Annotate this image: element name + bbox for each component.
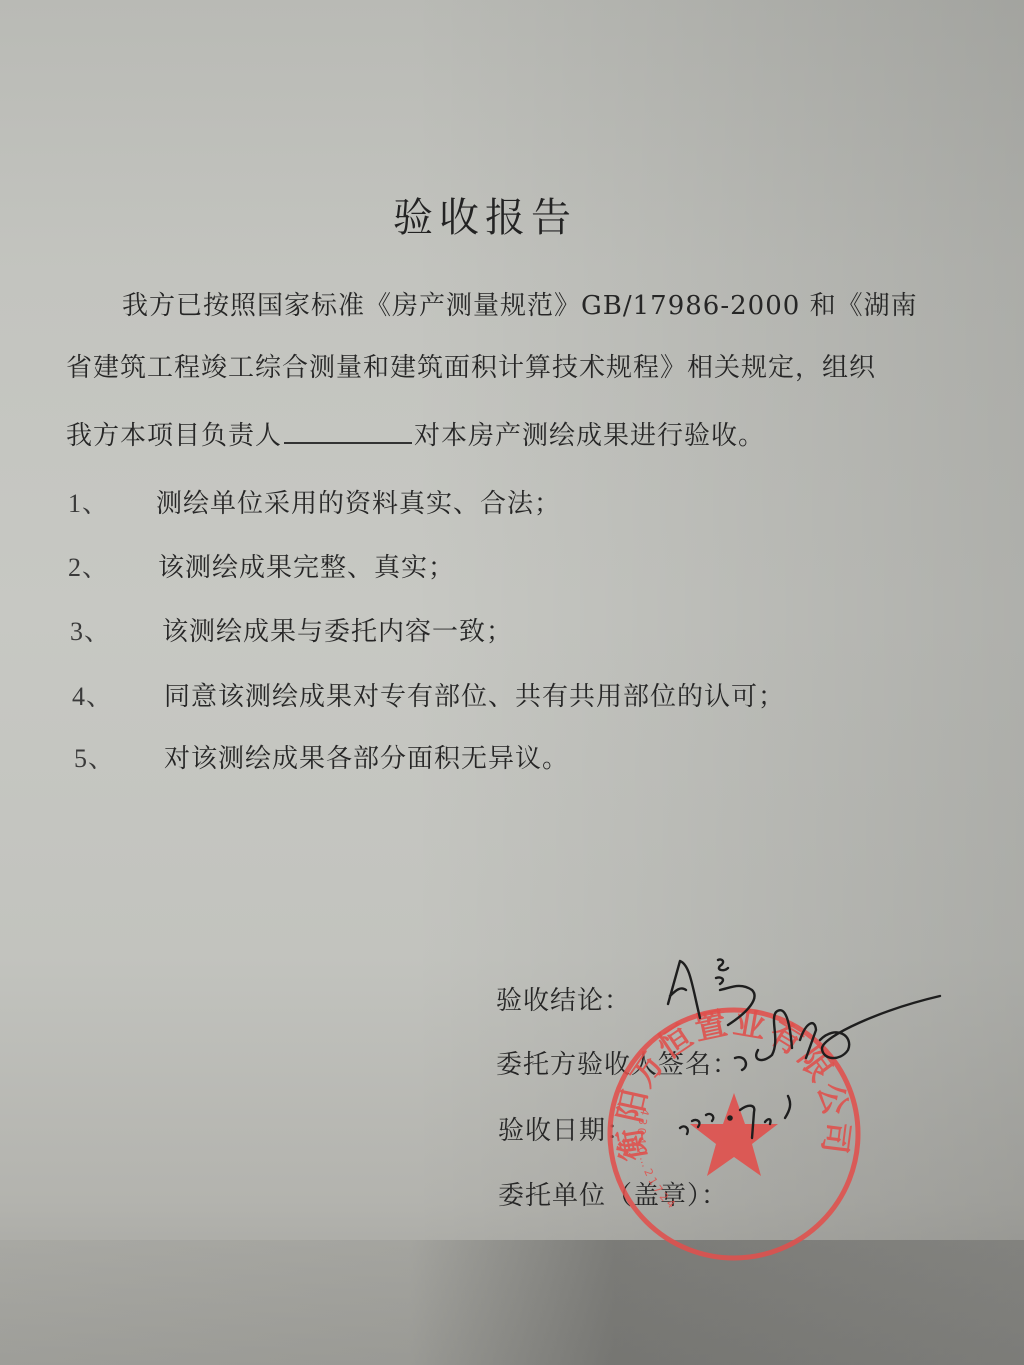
list-item-number: 2、	[68, 547, 109, 584]
seal-code: 43040…21724	[635, 1107, 680, 1213]
document-title: 验收报告	[0, 186, 970, 243]
company-seal-icon: 衡阳万恒置业有限公司 43040…21724	[605, 1005, 863, 1263]
list-item-text: 同意该测绘成果对专有部位、共有共用部位的认可；	[164, 676, 785, 713]
paragraph-line-1: 我方已按照国家标准《房产测量规范》GB/17986-2000 和《湖南	[122, 285, 918, 322]
list-item-number: 4、	[72, 676, 113, 713]
responsible-person-blank	[284, 420, 412, 444]
list-item-text: 测绘单位采用的资料真实、合法；	[156, 483, 561, 520]
document-page: 验收报告 我方已按照国家标准《房产测量规范》GB/17986-2000 和《湖南…	[0, 0, 1024, 1365]
list-item: 4、 同意该测绘成果对专有部位、共有共用部位的认可；	[72, 676, 832, 710]
paragraph-line-3-end: 对本房产测绘成果进行验收。	[414, 421, 765, 451]
list-item: 1、 测绘单位采用的资料真实、合法；	[68, 483, 668, 517]
paragraph-line-2: 省建筑工程竣工综合测量和建筑面积计算技术规程》相关规定，组织	[66, 347, 876, 384]
svg-text:43040…21724: 43040…21724	[635, 1107, 680, 1213]
list-item-number: 5、	[74, 738, 115, 775]
list-item-text: 对该测绘成果各部分面积无异议。	[164, 738, 569, 775]
list-item: 2、 该测绘成果完整、真实；	[68, 547, 668, 581]
list-item-number: 1、	[68, 483, 109, 520]
shadow-area	[0, 1240, 1024, 1365]
list-item-number: 3、	[70, 611, 111, 648]
list-item-text: 该测绘成果与委托内容一致；	[162, 611, 513, 648]
list-item-text: 该测绘成果完整、真实；	[158, 547, 455, 584]
list-item: 5、 对该测绘成果各部分面积无异议。	[74, 738, 674, 772]
paragraph-line-3: 我方本项目负责人对本房产测绘成果进行验收。	[66, 415, 765, 452]
list-item: 3、 该测绘成果与委托内容一致；	[70, 611, 670, 645]
paragraph-line-3-start: 我方本项目负责人	[66, 421, 282, 451]
